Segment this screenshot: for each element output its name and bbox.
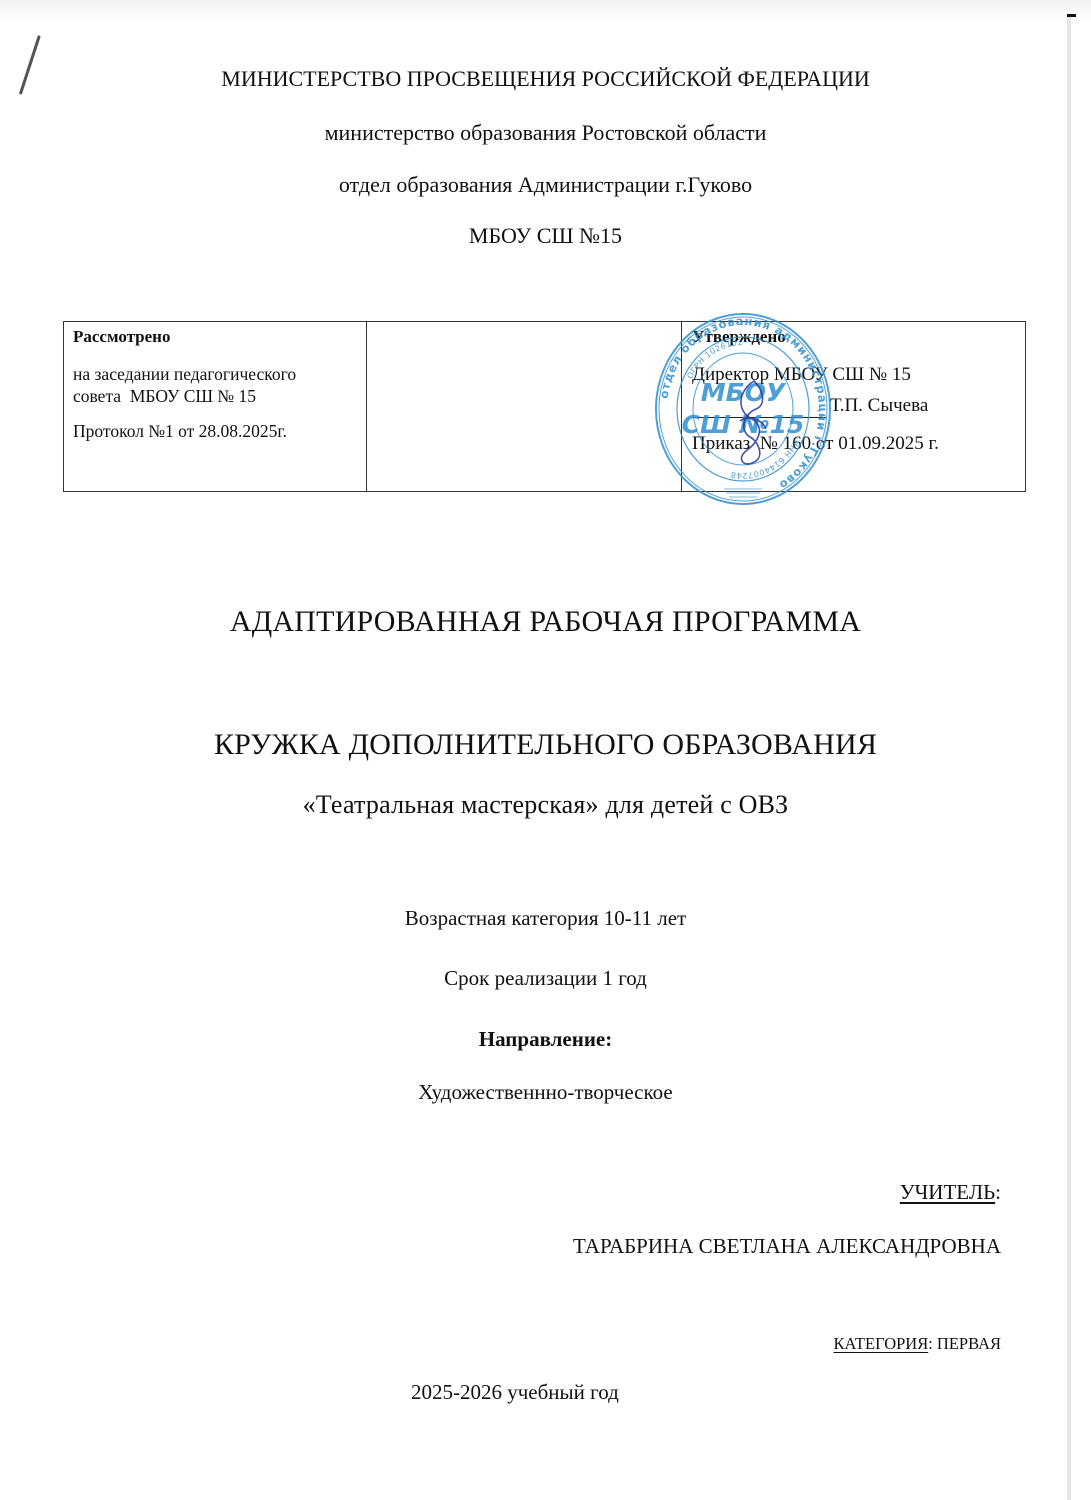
reviewed-title: Рассмотрено: [73, 325, 366, 349]
director-position: Директор МБОУ СШ № 15: [692, 363, 1025, 387]
scan-top-shadow: [0, 0, 1091, 22]
direction-label: Направление:: [0, 1027, 1091, 1052]
regional-ministry-heading: министерство образования Ростовской обла…: [0, 120, 1091, 146]
reviewed-body-line1: на заседании педагогического: [73, 363, 366, 385]
department-heading: отдел образования Администрации г.Гуково: [0, 172, 1091, 198]
approval-table: Рассмотрено на заседании педагогического…: [63, 321, 1026, 492]
teacher-label-colon: :: [995, 1180, 1001, 1204]
signatory-name: Т.П. Сычева: [830, 394, 928, 418]
teacher-category: КАТЕГОРИЯ: ПЕРВАЯ: [833, 1334, 1001, 1354]
empty-middle-cell: [367, 322, 682, 491]
program-subtitle: КРУЖКА ДОПОЛНИТЕЛЬНОГО ОБРАЗОВАНИЯ: [0, 728, 1091, 762]
academic-year: 2025-2026 учебный год: [411, 1380, 619, 1405]
age-category: Возрастная категория 10-11 лет: [0, 906, 1091, 931]
reviewed-cell: Рассмотрено на заседании педагогического…: [64, 322, 367, 491]
teacher-label-text: УЧИТЕЛЬ: [900, 1180, 995, 1204]
approved-title: Утверждено: [692, 325, 1025, 349]
approved-cell: Утверждено Директор МБОУ СШ № 15 Т.П. Сы…: [682, 322, 1025, 491]
category-value: : ПЕРВАЯ: [928, 1334, 1001, 1353]
duration: Срок реализации 1 год: [0, 966, 1091, 991]
reviewed-protocol: Протокол №1 от 28.08.2025г.: [73, 420, 366, 442]
school-heading: МБОУ СШ №15: [0, 223, 1091, 249]
reviewed-body-line2: совета МБОУ СШ № 15: [73, 385, 366, 407]
category-label: КАТЕГОРИЯ: [833, 1334, 928, 1353]
document-page: МИНИСТЕРСТВО ПРОСВЕЩЕНИЯ РОССИЙСКОЙ ФЕДЕ…: [0, 0, 1091, 1500]
signature-line: [692, 397, 826, 418]
program-name: «Театральная мастерская» для детей с ОВЗ: [0, 790, 1091, 820]
signature-row: Т.П. Сычева: [692, 394, 1025, 418]
teacher-label: УЧИТЕЛЬ:: [900, 1180, 1001, 1205]
approval-order: Приказ № 160 от 01.09.2025 г.: [692, 432, 1025, 456]
ministry-heading: МИНИСТЕРСТВО ПРОСВЕЩЕНИЯ РОССИЙСКОЙ ФЕДЕ…: [0, 66, 1091, 92]
teacher-name: ТАРАБРИНА СВЕТЛАНА АЛЕКСАНДРОВНА: [573, 1234, 1001, 1259]
program-title: АДАПТИРОВАННАЯ РАБОЧАЯ ПРОГРАММА: [0, 605, 1091, 639]
direction-value: Художественнно-творческое: [0, 1080, 1091, 1105]
scan-edge-mark: [1067, 14, 1076, 17]
